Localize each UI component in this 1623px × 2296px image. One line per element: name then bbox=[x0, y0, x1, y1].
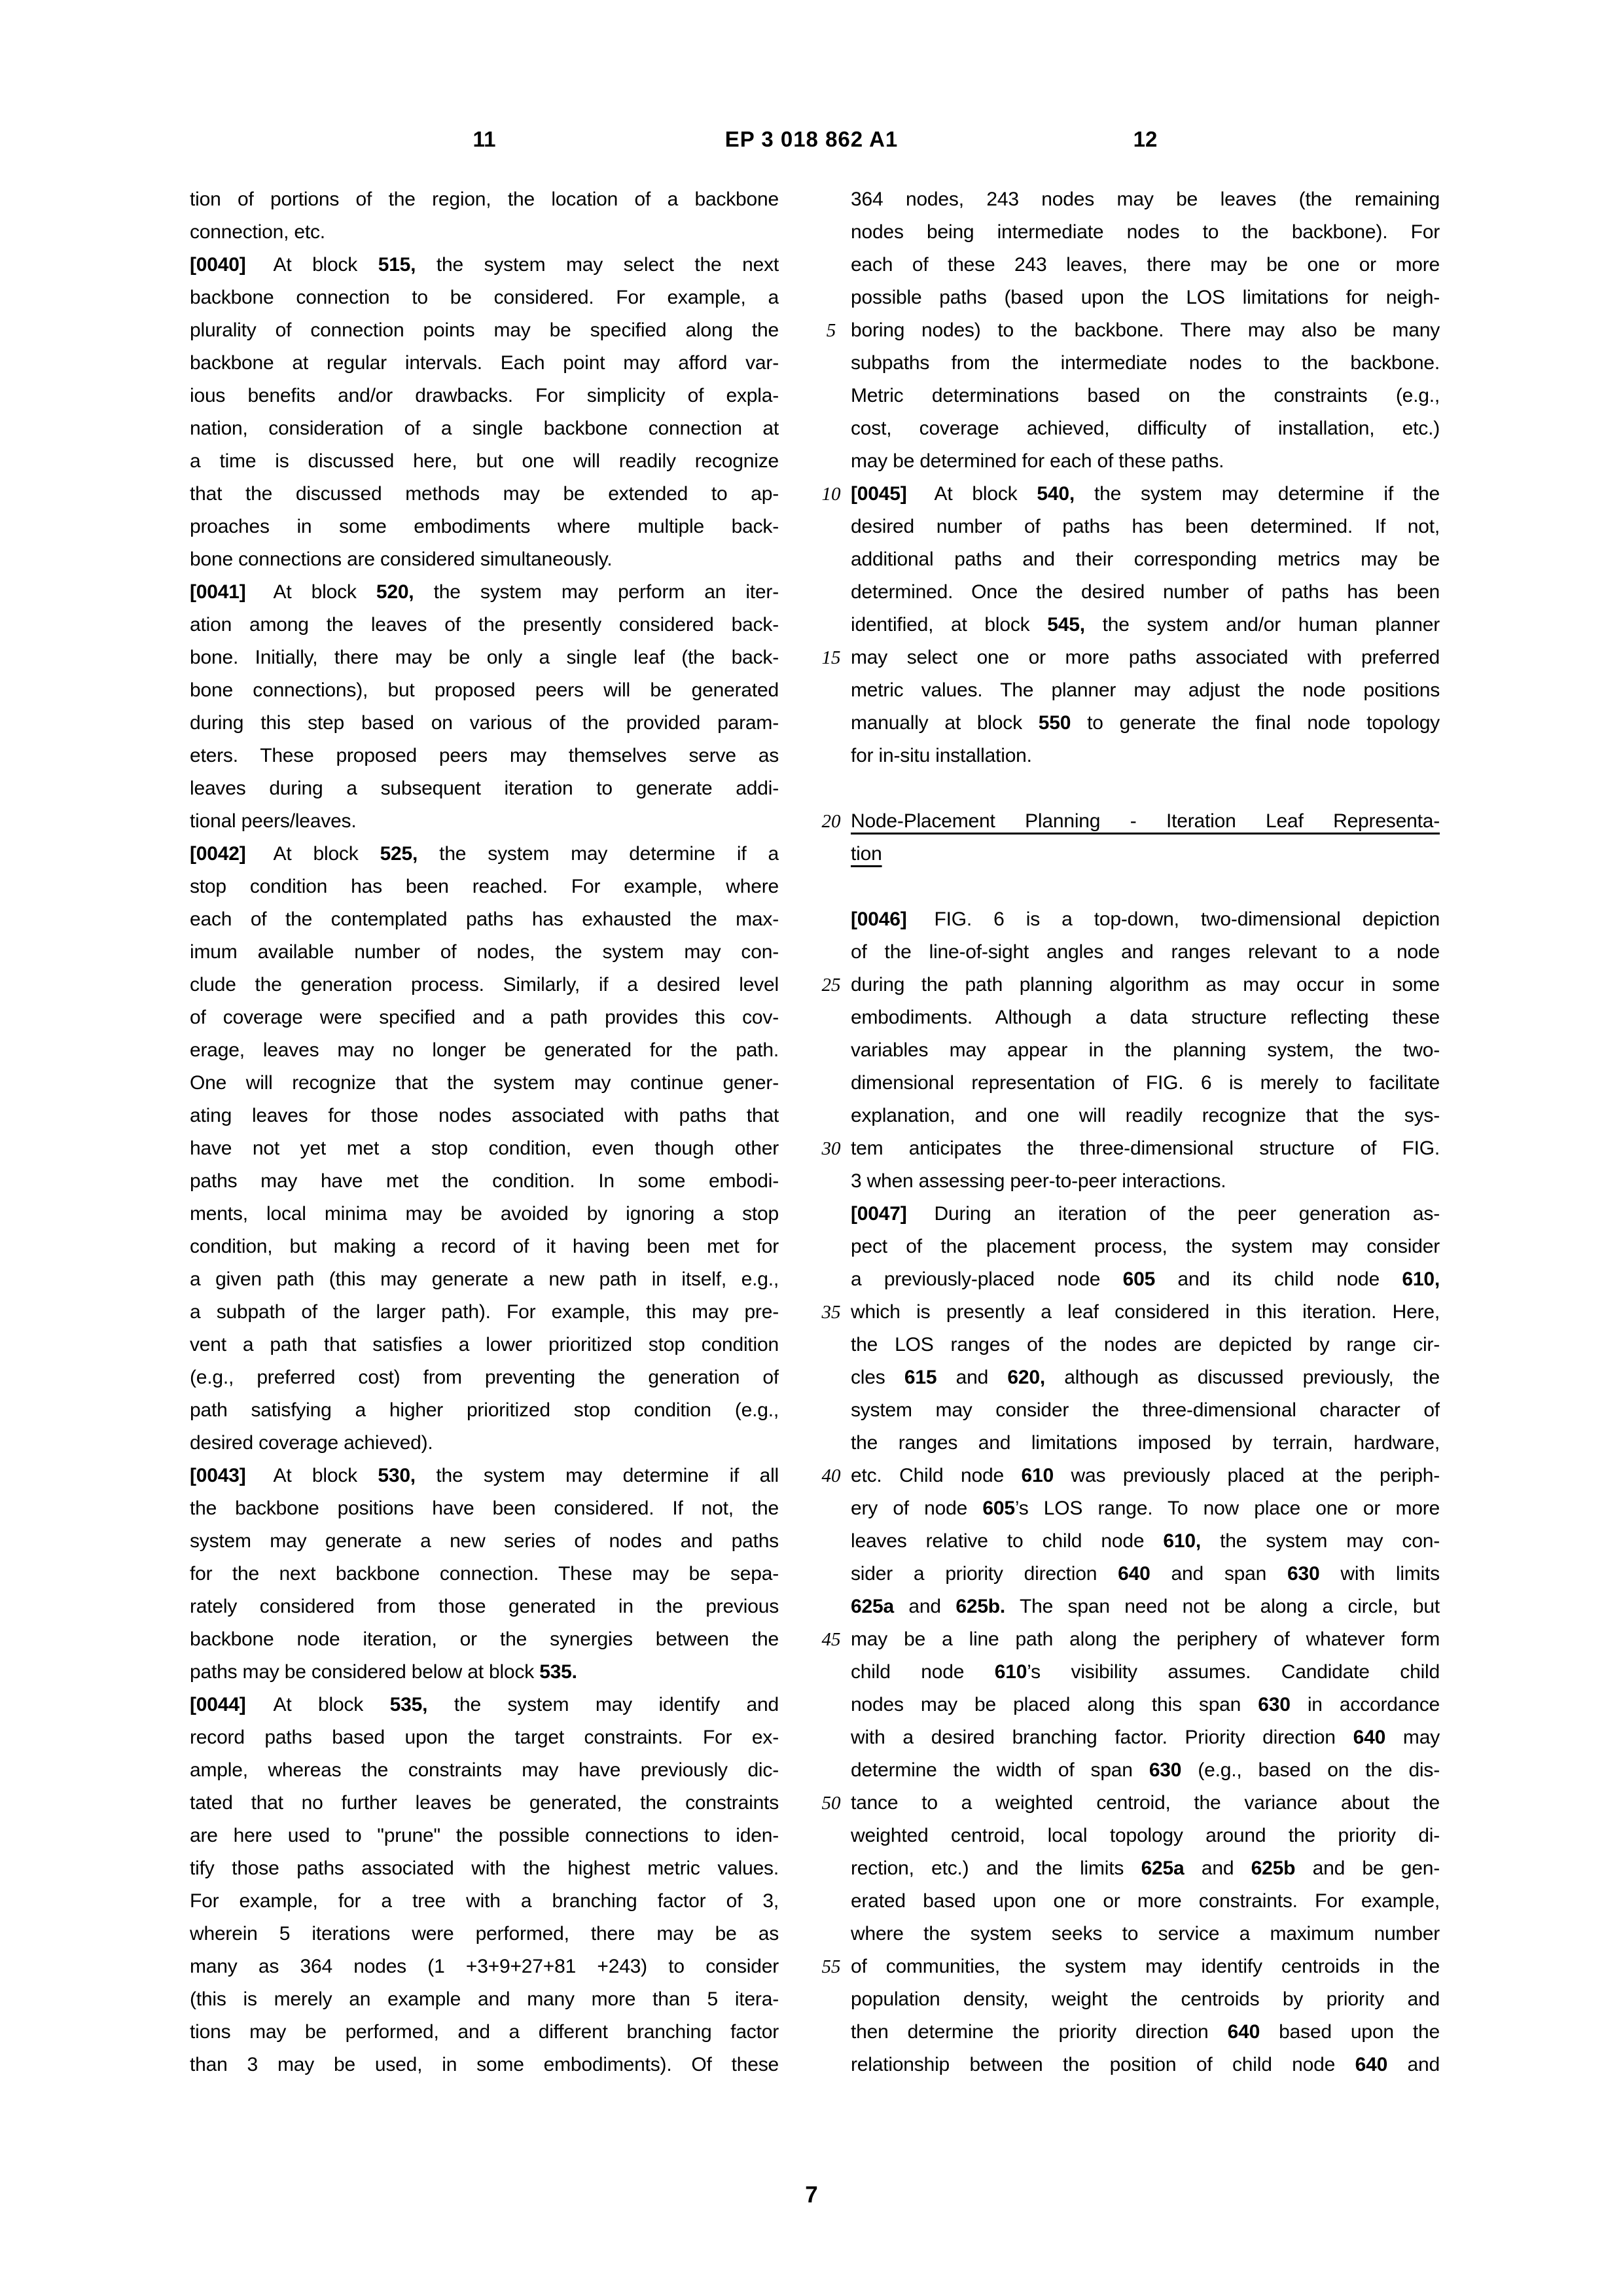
text-line: explanation, and one will readily recogn… bbox=[851, 1100, 1440, 1132]
text-line: tional peers/leaves. bbox=[190, 805, 779, 838]
text-segment: may bbox=[1385, 1727, 1440, 1748]
text-segment: additional paths and their corresponding… bbox=[851, 548, 1440, 570]
text-segment: nodes being intermediate nodes to the ba… bbox=[851, 221, 1440, 243]
text-segment: ample, whereas the constraints may have … bbox=[190, 1759, 779, 1781]
text-segment: 364 nodes, 243 nodes may be leaves (the … bbox=[851, 188, 1440, 210]
text-line: condition, but making a record of it hav… bbox=[190, 1230, 779, 1263]
text-line: determined. Once the desired number of p… bbox=[851, 576, 1440, 609]
text-segment: cost, coverage achieved, difficulty of i… bbox=[851, 418, 1440, 439]
text-line: leaves during a subsequent iteration to … bbox=[190, 772, 779, 805]
text-line: a previously-placed node 605 and its chi… bbox=[851, 1263, 1440, 1296]
text-segment: dimensional representation of FIG. 6 is … bbox=[851, 1072, 1440, 1094]
text-segment: bone connections), but proposed peers wi… bbox=[190, 679, 779, 701]
text-segment: a time is discussed here, but one will r… bbox=[190, 450, 779, 472]
text-line: desired number of paths has been determi… bbox=[851, 511, 1440, 543]
text-line: paths may have met the condition. In som… bbox=[190, 1165, 779, 1198]
text-line: ample, whereas the constraints may have … bbox=[190, 1754, 779, 1787]
gutter-line-number: 35 bbox=[789, 1301, 874, 1323]
text-segment: where the system seeks to service a maxi… bbox=[851, 1923, 1440, 1945]
text-line: tify those paths associated with the hig… bbox=[190, 1852, 779, 1885]
text-line: Metric determinations based on the const… bbox=[851, 380, 1440, 412]
text-line: backbone at regular intervals. Each poin… bbox=[190, 347, 779, 380]
reference-numeral-text: 550 bbox=[1039, 712, 1071, 734]
text-segment: eters. These proposed peers may themselv… bbox=[190, 745, 779, 766]
text-line: ments, local minima may be avoided by ig… bbox=[190, 1198, 779, 1230]
text-line: (e.g., preferred cost) from preventing t… bbox=[190, 1361, 779, 1394]
text-segment: wherein 5 iterations were performed, the… bbox=[190, 1923, 779, 1945]
text-segment: At block bbox=[935, 483, 1037, 505]
text-segment: and bbox=[1185, 1857, 1251, 1879]
text-segment: the system may select the next bbox=[416, 254, 779, 276]
text-line: ating leaves for those nodes associated … bbox=[190, 1100, 779, 1132]
reference-numeral-text: 640 bbox=[1228, 2021, 1260, 2043]
text-line: embodiments. Although a data structure r… bbox=[851, 1001, 1440, 1034]
text-line: then determine the priority direction 64… bbox=[851, 2016, 1440, 2049]
text-line: tion of portions of the region, the loca… bbox=[190, 183, 779, 216]
section-heading-line: Node-Placement Planning - Iteration Leaf… bbox=[851, 805, 1440, 838]
text-segment: a previously-placed node bbox=[851, 1268, 1123, 1290]
blank-line bbox=[851, 772, 1440, 805]
text-segment: boring nodes) to the backbone. There may… bbox=[851, 319, 1440, 341]
text-line: vent a path that satisfies a lower prior… bbox=[190, 1329, 779, 1361]
text-line: [0047]During an iteration of the peer ge… bbox=[851, 1198, 1440, 1230]
left-column: tion of portions of the region, the loca… bbox=[190, 183, 779, 2081]
text-segment: desired number of paths has been determi… bbox=[851, 516, 1440, 537]
text-segment: leaves relative to child node bbox=[851, 1530, 1163, 1552]
gutter-line-number: 25 bbox=[789, 974, 874, 996]
text-segment: of coverage were specified and a path pr… bbox=[190, 1007, 779, 1028]
text-segment: and bbox=[894, 1596, 955, 1617]
text-segment: with limits bbox=[1320, 1563, 1440, 1585]
text-segment: each of these 243 leaves, there may be o… bbox=[851, 254, 1440, 276]
text-segment: bone. Initially, there may be only a sin… bbox=[190, 647, 779, 668]
text-line: [0042]At block 525, the system may deter… bbox=[190, 838, 779, 870]
text-segment: Node-Placement Planning - Iteration Leaf… bbox=[851, 810, 1440, 832]
text-line: during the path planning algorithm as ma… bbox=[851, 969, 1440, 1001]
text-segment: nation, consideration of a single backbo… bbox=[190, 418, 779, 439]
text-line: paths may be considered below at block 5… bbox=[190, 1656, 779, 1689]
text-line: erated based upon one or more constraint… bbox=[851, 1885, 1440, 1918]
text-segment: The span need not be along a circle, but bbox=[1005, 1596, 1440, 1617]
text-segment: pect of the placement process, the syste… bbox=[851, 1236, 1440, 1257]
text-line: with a desired branching factor. Priorit… bbox=[851, 1721, 1440, 1754]
text-line: (this is merely an example and many more… bbox=[190, 1983, 779, 2016]
text-segment: ious benefits and/or drawbacks. For simp… bbox=[190, 385, 779, 406]
text-line: tem anticipates the three-dimensional st… bbox=[851, 1132, 1440, 1165]
text-line: [0044]At block 535, the system may ident… bbox=[190, 1689, 779, 1721]
text-line: sider a priority direction 640 and span … bbox=[851, 1558, 1440, 1590]
reference-numeral-text: 545, bbox=[1047, 614, 1085, 636]
text-segment: backbone connection to be considered. Fo… bbox=[190, 287, 779, 308]
text-line: nodes may be placed along this span 630 … bbox=[851, 1689, 1440, 1721]
text-segment: At block bbox=[274, 581, 376, 603]
text-segment: At block bbox=[274, 1694, 390, 1715]
text-line: [0045]At block 540, the system may deter… bbox=[851, 478, 1440, 511]
text-line: backbone node iteration, or the synergie… bbox=[190, 1623, 779, 1656]
text-line: 625a and 625b. The span need not be alon… bbox=[851, 1590, 1440, 1623]
text-segment: was previously placed at the periph- bbox=[1054, 1465, 1440, 1486]
text-segment: in accordance bbox=[1291, 1694, 1440, 1715]
text-segment: At block bbox=[274, 254, 378, 276]
text-segment: subpaths from the intermediate nodes to … bbox=[851, 352, 1440, 374]
text-line: bone connections), but proposed peers wi… bbox=[190, 674, 779, 707]
reference-numeral-text: 535, bbox=[390, 1694, 428, 1715]
reference-numeral-text: 520, bbox=[376, 581, 414, 603]
text-segment: possible paths (based upon the LOS limit… bbox=[851, 287, 1440, 308]
text-segment: identified, at block bbox=[851, 614, 1047, 636]
text-line: nodes being intermediate nodes to the ba… bbox=[851, 216, 1440, 249]
text-line: eters. These proposed peers may themselv… bbox=[190, 740, 779, 772]
text-segment: backbone at regular intervals. Each poin… bbox=[190, 352, 779, 374]
reference-numeral-text: 515, bbox=[378, 254, 416, 276]
text-segment: tional peers/leaves. bbox=[190, 810, 357, 832]
text-line: the backbone positions have been conside… bbox=[190, 1492, 779, 1525]
text-line: may select one or more paths associated … bbox=[851, 641, 1440, 674]
text-segment: ’s LOS range. To now place one or more bbox=[1015, 1498, 1440, 1519]
text-segment: bone connections are considered simultan… bbox=[190, 548, 612, 570]
text-segment: condition, but making a record of it hav… bbox=[190, 1236, 779, 1257]
text-line: where the system seeks to service a maxi… bbox=[851, 1918, 1440, 1950]
text-line: child node 610’s visibility assumes. Can… bbox=[851, 1656, 1440, 1689]
text-line: additional paths and their corresponding… bbox=[851, 543, 1440, 576]
text-line: desired coverage achieved). bbox=[190, 1427, 779, 1460]
text-segment: the system may determine if the bbox=[1075, 483, 1440, 505]
text-segment: based upon the bbox=[1260, 2021, 1440, 2043]
text-segment: rection, etc.) and the limits bbox=[851, 1857, 1141, 1879]
text-segment: connection, etc. bbox=[190, 221, 325, 243]
text-line: tated that no further leaves be generate… bbox=[190, 1787, 779, 1820]
reference-numeral-text: 605 bbox=[1123, 1268, 1155, 1290]
text-line: path satisfying a higher prioritized sto… bbox=[190, 1394, 779, 1427]
text-segment: tated that no further leaves be generate… bbox=[190, 1792, 779, 1814]
reference-numeral-text: 625b bbox=[1251, 1857, 1296, 1879]
text-line: each of the contemplated paths has exhau… bbox=[190, 903, 779, 936]
text-segment: paths may have met the condition. In som… bbox=[190, 1170, 779, 1192]
text-segment: tion of portions of the region, the loca… bbox=[190, 188, 779, 210]
text-segment: metric values. The planner may adjust th… bbox=[851, 679, 1440, 701]
text-segment: the ranges and limitations imposed by te… bbox=[851, 1432, 1440, 1454]
footer-page-number: 7 bbox=[0, 2181, 1623, 2210]
text-line: pect of the placement process, the syste… bbox=[851, 1230, 1440, 1263]
text-line: clude the generation process. Similarly,… bbox=[190, 969, 779, 1001]
reference-numeral-text: [0041] bbox=[190, 581, 246, 603]
text-segment: of the line-of-sight angles and ranges r… bbox=[851, 941, 1440, 963]
reference-numeral-text: 535. bbox=[539, 1661, 577, 1683]
text-segment: the system and/or human planner bbox=[1085, 614, 1440, 636]
text-line: rection, etc.) and the limits 625a and 6… bbox=[851, 1852, 1440, 1885]
text-segment: record paths based upon the target const… bbox=[190, 1727, 779, 1748]
text-segment: paths may be considered below at block bbox=[190, 1661, 539, 1683]
text-segment: weighted centroid, local topology around… bbox=[851, 1825, 1440, 1846]
text-line: manually at block 550 to generate the fi… bbox=[851, 707, 1440, 740]
patent-page: 11 EP 3 018 862 A1 12 tion of portions o… bbox=[0, 0, 1623, 2296]
blank-line bbox=[851, 870, 1440, 903]
text-line: tance to a weighted centroid, the varian… bbox=[851, 1787, 1440, 1820]
text-line: connection, etc. bbox=[190, 216, 779, 249]
text-segment: erage, leaves may no longer be generated… bbox=[190, 1039, 779, 1061]
reference-numeral-text: [0046] bbox=[851, 908, 907, 930]
reference-numeral-text: 610 bbox=[995, 1661, 1027, 1683]
text-segment: plurality of connection points may be sp… bbox=[190, 319, 779, 341]
text-segment: tify those paths associated with the hig… bbox=[190, 1857, 779, 1879]
text-segment: and bbox=[936, 1367, 1007, 1388]
text-line: than 3 may be used, in some embodiments)… bbox=[190, 2049, 779, 2081]
text-segment: etc. Child node bbox=[851, 1465, 1022, 1486]
text-segment: cles bbox=[851, 1367, 904, 1388]
text-segment: (e.g., preferred cost) from preventing t… bbox=[190, 1367, 779, 1388]
text-segment: a given path (this may generate a new pa… bbox=[190, 1268, 779, 1290]
text-segment: rately considered from those generated i… bbox=[190, 1596, 779, 1617]
text-line: population density, weight the centroids… bbox=[851, 1983, 1440, 2016]
reference-numeral-text: 610 bbox=[1022, 1465, 1054, 1486]
text-line: weighted centroid, local topology around… bbox=[851, 1820, 1440, 1852]
text-segment: tion bbox=[851, 843, 882, 865]
text-segment: the system may determine if all bbox=[416, 1465, 779, 1486]
gutter-line-number: 50 bbox=[789, 1792, 874, 1814]
text-line: [0041]At block 520, the system may perfo… bbox=[190, 576, 779, 609]
reference-numeral-text: 530, bbox=[378, 1465, 416, 1486]
text-segment: have not yet met a stop condition, even … bbox=[190, 1138, 779, 1159]
text-segment: many as 364 nodes (1 +3+9+27+81 +243) to… bbox=[190, 1956, 779, 1977]
text-segment: which is presently a leaf considered in … bbox=[851, 1301, 1440, 1323]
reference-numeral-text: 625b. bbox=[955, 1596, 1005, 1617]
text-segment: with a desired branching factor. Priorit… bbox=[851, 1727, 1353, 1748]
text-line: for the next backbone connection. These … bbox=[190, 1558, 779, 1590]
text-segment: clude the generation process. Similarly,… bbox=[190, 974, 779, 996]
text-segment: the backbone positions have been conside… bbox=[190, 1498, 779, 1519]
text-segment: system may generate a new series of node… bbox=[190, 1530, 779, 1552]
text-segment: that the discussed methods may be extend… bbox=[190, 483, 779, 505]
text-line: rately considered from those generated i… bbox=[190, 1590, 779, 1623]
text-segment: At block bbox=[274, 1465, 378, 1486]
text-line: boring nodes) to the backbone. There may… bbox=[851, 314, 1440, 347]
text-line: imum available number of nodes, the syst… bbox=[190, 936, 779, 969]
text-segment: may select one or more paths associated … bbox=[851, 647, 1440, 668]
text-segment: during the path planning algorithm as ma… bbox=[851, 974, 1440, 996]
gutter-line-number: 45 bbox=[789, 1628, 874, 1651]
text-line: One will recognize that the system may c… bbox=[190, 1067, 779, 1100]
text-segment: vent a path that satisfies a lower prior… bbox=[190, 1334, 779, 1355]
text-line: backbone connection to be considered. Fo… bbox=[190, 281, 779, 314]
right-column: 364 nodes, 243 nodes may be leaves (the … bbox=[851, 183, 1440, 2081]
text-line: wherein 5 iterations were performed, the… bbox=[190, 1918, 779, 1950]
text-segment: (e.g., based on the dis- bbox=[1181, 1759, 1440, 1781]
text-line: 364 nodes, 243 nodes may be leaves (the … bbox=[851, 183, 1440, 216]
text-segment: and its child node bbox=[1155, 1268, 1402, 1290]
text-line: that the discussed methods may be extend… bbox=[190, 478, 779, 511]
text-segment: path satisfying a higher prioritized sto… bbox=[190, 1399, 779, 1421]
reference-numeral-text: [0042] bbox=[190, 843, 246, 865]
text-segment: than 3 may be used, in some embodiments)… bbox=[190, 2054, 779, 2075]
reference-numeral-text: 620, bbox=[1007, 1367, 1045, 1388]
text-segment: and be gen- bbox=[1295, 1857, 1440, 1879]
text-line: For example, for a tree with a branching… bbox=[190, 1885, 779, 1918]
reference-numeral-text: 610, bbox=[1163, 1530, 1201, 1552]
text-segment: the system may determine if a bbox=[418, 843, 779, 865]
text-segment: ation among the leaves of the presently … bbox=[190, 614, 779, 636]
text-line: a time is discussed here, but one will r… bbox=[190, 445, 779, 478]
reference-numeral-text: [0040] bbox=[190, 254, 246, 276]
text-segment: erated based upon one or more constraint… bbox=[851, 1890, 1440, 1912]
reference-numeral-text: 625a bbox=[851, 1596, 894, 1617]
text-line: [0040]At block 515, the system may selec… bbox=[190, 249, 779, 281]
text-segment: are here used to "prune" the possible co… bbox=[190, 1825, 779, 1846]
reference-numeral-text: 640 bbox=[1353, 1727, 1385, 1748]
text-segment: ’s visibility assumes. Candidate child bbox=[1027, 1661, 1440, 1683]
text-line: may be determined for each of these path… bbox=[851, 445, 1440, 478]
text-line: cles 615 and 620, although as discussed … bbox=[851, 1361, 1440, 1394]
reference-numeral-text: 630 bbox=[1258, 1694, 1290, 1715]
text-segment: One will recognize that the system may c… bbox=[190, 1072, 779, 1094]
text-segment: each of the contemplated paths has exhau… bbox=[190, 908, 779, 930]
reference-numeral-text: 630 bbox=[1287, 1563, 1319, 1585]
text-segment: may be a line path along the periphery o… bbox=[851, 1628, 1440, 1650]
text-segment: ery of node bbox=[851, 1498, 982, 1519]
text-line: metric values. The planner may adjust th… bbox=[851, 674, 1440, 707]
text-line: proaches in some embodiments where multi… bbox=[190, 511, 779, 543]
text-line: many as 364 nodes (1 +3+9+27+81 +243) to… bbox=[190, 1950, 779, 1983]
reference-numeral-text: 525, bbox=[380, 843, 418, 865]
text-segment: a subpath of the larger path). For examp… bbox=[190, 1301, 779, 1323]
gutter-line-number: 40 bbox=[789, 1465, 874, 1487]
gutter-line-number: 20 bbox=[789, 810, 874, 833]
text-segment: for the next backbone connection. These … bbox=[190, 1563, 779, 1585]
text-line: cost, coverage achieved, difficulty of i… bbox=[851, 412, 1440, 445]
text-segment: and bbox=[1387, 2054, 1440, 2075]
text-line: ation among the leaves of the presently … bbox=[190, 609, 779, 641]
text-segment: system may consider the three-dimensiona… bbox=[851, 1399, 1440, 1421]
text-segment: FIG. 6 is a top-down, two-dimensional de… bbox=[935, 908, 1440, 930]
text-segment: stop condition has been reached. For exa… bbox=[190, 876, 779, 897]
text-segment: leaves during a subsequent iteration to … bbox=[190, 778, 779, 799]
text-line: nation, consideration of a single backbo… bbox=[190, 412, 779, 445]
text-segment: for in-situ installation. bbox=[851, 745, 1032, 766]
text-line: have not yet met a stop condition, even … bbox=[190, 1132, 779, 1165]
text-segment: tance to a weighted centroid, the varian… bbox=[851, 1792, 1440, 1814]
text-segment: tem anticipates the three-dimensional st… bbox=[851, 1138, 1440, 1159]
text-line: of communities, the system may identify … bbox=[851, 1950, 1440, 1983]
reference-numeral-text: 610, bbox=[1402, 1268, 1440, 1290]
text-line: during this step based on various of the… bbox=[190, 707, 779, 740]
text-line: each of these 243 leaves, there may be o… bbox=[851, 249, 1440, 281]
text-line: the LOS ranges of the nodes are depicted… bbox=[851, 1329, 1440, 1361]
text-line: relationship between the position of chi… bbox=[851, 2049, 1440, 2081]
text-line: bone. Initially, there may be only a sin… bbox=[190, 641, 779, 674]
text-segment: imum available number of nodes, the syst… bbox=[190, 941, 779, 963]
text-line: possible paths (based upon the LOS limit… bbox=[851, 281, 1440, 314]
text-segment: (this is merely an example and many more… bbox=[190, 1988, 779, 2010]
text-segment: For example, for a tree with a branching… bbox=[190, 1890, 779, 1912]
text-line: ious benefits and/or drawbacks. For simp… bbox=[190, 380, 779, 412]
text-segment: the system may con- bbox=[1201, 1530, 1440, 1552]
text-segment: nodes may be placed along this span bbox=[851, 1694, 1258, 1715]
text-line: [0043]At block 530, the system may deter… bbox=[190, 1460, 779, 1492]
text-segment: variables may appear in the planning sys… bbox=[851, 1039, 1440, 1061]
text-segment: tions may be performed, and a different … bbox=[190, 2021, 779, 2043]
text-segment: desired coverage achieved). bbox=[190, 1432, 433, 1454]
gutter-line-number: 30 bbox=[789, 1138, 874, 1160]
text-line: variables may appear in the planning sys… bbox=[851, 1034, 1440, 1067]
text-segment: sider a priority direction bbox=[851, 1563, 1118, 1585]
text-line: tions may be performed, and a different … bbox=[190, 2016, 779, 2049]
text-segment: proaches in some embodiments where multi… bbox=[190, 516, 779, 537]
text-segment: At block bbox=[274, 843, 380, 865]
text-segment: relationship between the position of chi… bbox=[851, 2054, 1355, 2075]
gutter-line-number: 15 bbox=[789, 647, 874, 669]
text-line: may be a line path along the periphery o… bbox=[851, 1623, 1440, 1656]
text-line: etc. Child node 610 was previously place… bbox=[851, 1460, 1440, 1492]
text-line: the ranges and limitations imposed by te… bbox=[851, 1427, 1440, 1460]
text-line: are here used to "prune" the possible co… bbox=[190, 1820, 779, 1852]
text-line: determine the width of span 630 (e.g., b… bbox=[851, 1754, 1440, 1787]
text-segment: child node bbox=[851, 1661, 995, 1683]
text-line: a subpath of the larger path). For examp… bbox=[190, 1296, 779, 1329]
text-segment: of communities, the system may identify … bbox=[851, 1956, 1440, 1977]
text-line: stop condition has been reached. For exa… bbox=[190, 870, 779, 903]
gutter-line-number: 5 bbox=[789, 319, 874, 342]
text-line: system may generate a new series of node… bbox=[190, 1525, 779, 1558]
text-line: 3 when assessing peer-to-peer interactio… bbox=[851, 1165, 1440, 1198]
text-line: of coverage were specified and a path pr… bbox=[190, 1001, 779, 1034]
gutter-line-number: 55 bbox=[789, 1956, 874, 1978]
text-segment: backbone node iteration, or the synergie… bbox=[190, 1628, 779, 1650]
header-right-page-number: 12 bbox=[851, 126, 1440, 153]
text-line: of the line-of-sight angles and ranges r… bbox=[851, 936, 1440, 969]
reference-numeral-text: [0044] bbox=[190, 1694, 246, 1715]
reference-numeral-text: 615 bbox=[904, 1367, 936, 1388]
reference-numeral-text: 640 bbox=[1118, 1563, 1150, 1585]
reference-numeral-text: [0047] bbox=[851, 1203, 907, 1225]
reference-numeral-text: 625a bbox=[1141, 1857, 1185, 1879]
text-line: for in-situ installation. bbox=[851, 740, 1440, 772]
text-segment: the system may perform an iter- bbox=[414, 581, 779, 603]
section-heading-line: tion bbox=[851, 838, 1440, 870]
reference-numeral-text: 640 bbox=[1355, 2054, 1387, 2075]
reference-numeral-text: 540, bbox=[1037, 483, 1075, 505]
text-line: system may consider the three-dimensiona… bbox=[851, 1394, 1440, 1427]
text-line: record paths based upon the target const… bbox=[190, 1721, 779, 1754]
reference-numeral-text: [0043] bbox=[190, 1465, 246, 1486]
gutter-line-number: 10 bbox=[789, 483, 874, 505]
text-segment: the system may identify and bbox=[427, 1694, 779, 1715]
text-segment: may be determined for each of these path… bbox=[851, 450, 1224, 472]
text-line: dimensional representation of FIG. 6 is … bbox=[851, 1067, 1440, 1100]
text-line: identified, at block 545, the system and… bbox=[851, 609, 1440, 641]
text-line: [0046]FIG. 6 is a top-down, two-dimensio… bbox=[851, 903, 1440, 936]
text-line: which is presently a leaf considered in … bbox=[851, 1296, 1440, 1329]
text-line: leaves relative to child node 610, the s… bbox=[851, 1525, 1440, 1558]
text-segment: and span bbox=[1150, 1563, 1287, 1585]
text-line: a given path (this may generate a new pa… bbox=[190, 1263, 779, 1296]
text-line: erage, leaves may no longer be generated… bbox=[190, 1034, 779, 1067]
text-segment: manually at block bbox=[851, 712, 1039, 734]
text-segment: ating leaves for those nodes associated … bbox=[190, 1105, 779, 1126]
text-segment: ments, local minima may be avoided by ig… bbox=[190, 1203, 779, 1225]
text-line: ery of node 605’s LOS range. To now plac… bbox=[851, 1492, 1440, 1525]
text-segment: During an iteration of the peer generati… bbox=[935, 1203, 1440, 1225]
text-segment: 3 when assessing peer-to-peer interactio… bbox=[851, 1170, 1226, 1192]
text-segment: explanation, and one will readily recogn… bbox=[851, 1105, 1440, 1126]
text-segment: during this step based on various of the… bbox=[190, 712, 779, 734]
text-segment: Metric determinations based on the const… bbox=[851, 385, 1440, 406]
text-segment: although as discussed previously, the bbox=[1045, 1367, 1440, 1388]
text-segment: then determine the priority direction bbox=[851, 2021, 1228, 2043]
text-segment: determine the width of span bbox=[851, 1759, 1149, 1781]
text-line: plurality of connection points may be sp… bbox=[190, 314, 779, 347]
reference-numeral-text: 605 bbox=[982, 1498, 1014, 1519]
text-line: bone connections are considered simultan… bbox=[190, 543, 779, 576]
reference-numeral-text: 630 bbox=[1149, 1759, 1181, 1781]
